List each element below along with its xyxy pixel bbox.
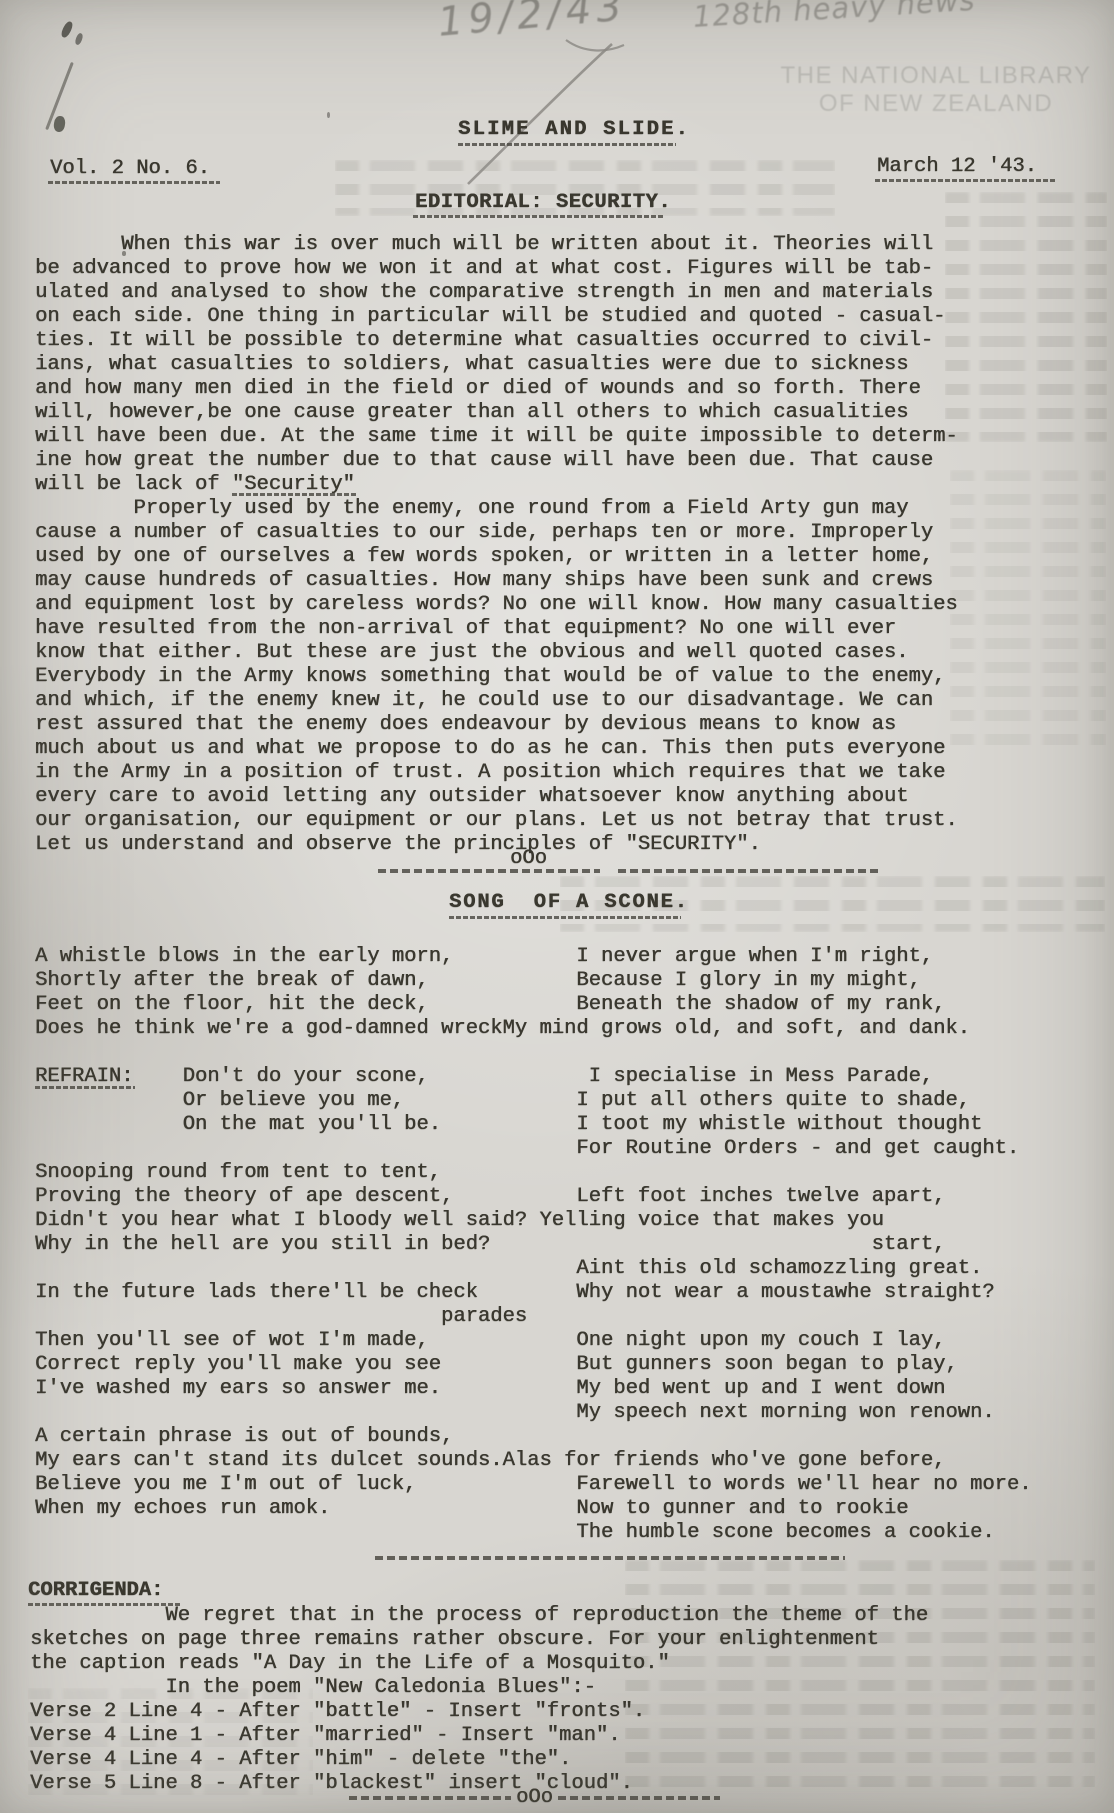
editorial-heading: EDITORIAL: SECURITY. bbox=[415, 191, 671, 215]
footer-dash-left bbox=[349, 1796, 511, 1800]
typed-line: Everybody in the Army knows something th… bbox=[35, 665, 958, 689]
typed-line: A whistle blows in the early morn, I nev… bbox=[35, 945, 1031, 969]
watermark-line1: THE NATIONAL LIBRARY bbox=[766, 62, 1106, 90]
typed-line: Properly used by the enemy, one round fr… bbox=[35, 497, 958, 521]
typed-line: used by one of ourselves a few words spo… bbox=[35, 545, 958, 569]
typed-line: Or believe you me, I put all others quit… bbox=[35, 1089, 1031, 1113]
library-watermark: THE NATIONAL LIBRARY OF NEW ZEALAND bbox=[766, 62, 1106, 118]
typed-line: much about us and what we propose to do … bbox=[35, 737, 958, 761]
footer-divider: oOo bbox=[349, 1786, 720, 1810]
typed-line: A certain phrase is out of bounds, bbox=[35, 1425, 1031, 1449]
corrigenda-body: We regret that in the process of reprodu… bbox=[30, 1604, 928, 1796]
typed-line: We regret that in the process of reprodu… bbox=[30, 1604, 928, 1628]
typed-line: Then you'll see of wot I'm made, One nig… bbox=[35, 1329, 1031, 1353]
typed-line: parades bbox=[35, 1305, 1031, 1329]
typed-line: My speech next morning won renown. bbox=[35, 1401, 1031, 1425]
dash-divider-left bbox=[378, 869, 600, 873]
typed-line: sketches on page three remains rather ob… bbox=[30, 1628, 928, 1652]
typed-line: will be lack of "Security" bbox=[35, 473, 958, 497]
typed-line: know that either. But these are just the… bbox=[35, 641, 958, 665]
typed-line: When my echoes run amok. Now to gunner a… bbox=[35, 1497, 1031, 1521]
ink-speck bbox=[53, 115, 66, 132]
typed-line: Why in the hell are you still in bed? st… bbox=[35, 1233, 1031, 1257]
typed-line bbox=[35, 1041, 1031, 1065]
typed-line: every care to avoid letting any outsider… bbox=[35, 785, 958, 809]
corrigenda-heading: CORRIGENDA: bbox=[28, 1579, 163, 1603]
handwritten-note: 128th heavy news bbox=[692, 0, 976, 34]
typed-line: on each side. One thing in particular wi… bbox=[35, 305, 958, 329]
handwritten-date: 19/2/43 bbox=[436, 0, 628, 46]
typed-line: may cause hundreds of casualties. How ma… bbox=[35, 569, 958, 593]
ink-speck bbox=[74, 32, 84, 45]
editorial-body: When this war is over much will be writt… bbox=[35, 233, 958, 857]
song-title: SONG OF A SCONE. bbox=[449, 891, 689, 915]
issue-date: March 12 '43. bbox=[877, 155, 1037, 179]
watermark-line2: OF NEW ZEALAND bbox=[766, 90, 1106, 118]
volume-underline bbox=[48, 181, 220, 184]
typed-line: Proving the theory of ape descent, Left … bbox=[35, 1185, 1031, 1209]
typed-line: REFRAIN: Don't do your scone, I speciali… bbox=[35, 1065, 1031, 1089]
document-page: THE NATIONAL LIBRARY OF NEW ZEALAND 19/2… bbox=[0, 0, 1114, 1813]
newsletter-title: SLIME AND SLIDE. bbox=[458, 118, 690, 142]
typed-line: Believe you me I'm out of luck, Farewell… bbox=[35, 1473, 1031, 1497]
typed-line: the caption reads "A Day in the Life of … bbox=[30, 1652, 928, 1676]
typed-line: have resulted from the non-arrival of th… bbox=[35, 617, 958, 641]
typed-line: ties. It will be possible to determine w… bbox=[35, 329, 958, 353]
typed-line: Didn't you hear what I bloody well said?… bbox=[35, 1209, 1031, 1233]
typed-line: Does he think we're a god-damned wreckMy… bbox=[35, 1017, 1031, 1041]
typed-line: and which, if the enemy knew it, he coul… bbox=[35, 689, 958, 713]
typed-line: When this war is over much will be writt… bbox=[35, 233, 958, 257]
typed-line: will have been due. At the same time it … bbox=[35, 425, 958, 449]
typed-line: ine how great the number due to that cau… bbox=[35, 449, 958, 473]
song-title-underline bbox=[449, 916, 681, 919]
typed-line: and how many men died in the field or di… bbox=[35, 377, 958, 401]
typed-line: The humble scone becomes a cookie. bbox=[35, 1521, 1031, 1545]
typed-line: rest assured that the enemy does endeavo… bbox=[35, 713, 958, 737]
typed-line: our organisation, our equipment or our p… bbox=[35, 809, 958, 833]
date-underline bbox=[875, 179, 1057, 182]
typed-line: For Routine Orders - and get caught. bbox=[35, 1137, 1031, 1161]
typed-line: Let us understand and observe the princi… bbox=[35, 833, 958, 857]
song-poem: A whistle blows in the early morn, I nev… bbox=[35, 945, 1031, 1545]
dash-divider-right bbox=[618, 869, 880, 873]
bleedthrough-text bbox=[945, 192, 1107, 442]
typed-line: Verse 4 Line 4 - After "him" - delete "t… bbox=[30, 1748, 928, 1772]
typed-line: Aint this old schamozzling great. bbox=[35, 1257, 1031, 1281]
typed-line: My ears can't stand its dulcet sounds.Al… bbox=[35, 1449, 1031, 1473]
typed-line: On the mat you'll be. I toot my whistle … bbox=[35, 1113, 1031, 1137]
typed-line: Feet on the floor, hit the deck, Beneath… bbox=[35, 993, 1031, 1017]
volume-number: Vol. 2 No. 6. bbox=[50, 157, 210, 181]
typed-line: cause a number of casualties to our side… bbox=[35, 521, 958, 545]
footer-dash-right bbox=[558, 1796, 720, 1800]
editorial-heading-underline bbox=[413, 215, 663, 218]
footer-ooo: oOo bbox=[516, 1786, 553, 1810]
typed-line: Verse 4 Line 1 - After "married" - Inser… bbox=[30, 1724, 928, 1748]
typed-line: be advanced to prove how we won it and a… bbox=[35, 257, 958, 281]
security-underline bbox=[232, 493, 356, 496]
typed-line: ians, what casualties to soldiers, what … bbox=[35, 353, 958, 377]
typed-line: will, however,be one cause greater than … bbox=[35, 401, 958, 425]
typed-line: and equipment lost by careless words? No… bbox=[35, 593, 958, 617]
ink-speck bbox=[60, 20, 75, 39]
typed-line: Correct reply you'll make you see But gu… bbox=[35, 1353, 1031, 1377]
title-underline bbox=[458, 143, 676, 146]
typed-line: In the future lads there'll be check Why… bbox=[35, 1281, 1031, 1305]
bleedthrough-text bbox=[950, 470, 1106, 750]
typed-line: Snooping round from tent to tent, bbox=[35, 1161, 1031, 1185]
typed-line: Verse 2 Line 4 - After "battle" - Insert… bbox=[30, 1700, 928, 1724]
refrain-underline bbox=[35, 1086, 135, 1089]
typed-line: in the Army in a position of trust. A po… bbox=[35, 761, 958, 785]
dash-divider bbox=[375, 1556, 845, 1560]
typed-line: Shortly after the break of dawn, Because… bbox=[35, 969, 1031, 993]
typed-line: I've washed my ears so answer me. My bed… bbox=[35, 1377, 1031, 1401]
typed-line: In the poem "New Caledonia Blues":- bbox=[30, 1676, 928, 1700]
ooo-divider: oOo bbox=[510, 847, 547, 871]
typed-line: ulated and analysed to show the comparat… bbox=[35, 281, 958, 305]
ink-speck bbox=[327, 112, 330, 118]
